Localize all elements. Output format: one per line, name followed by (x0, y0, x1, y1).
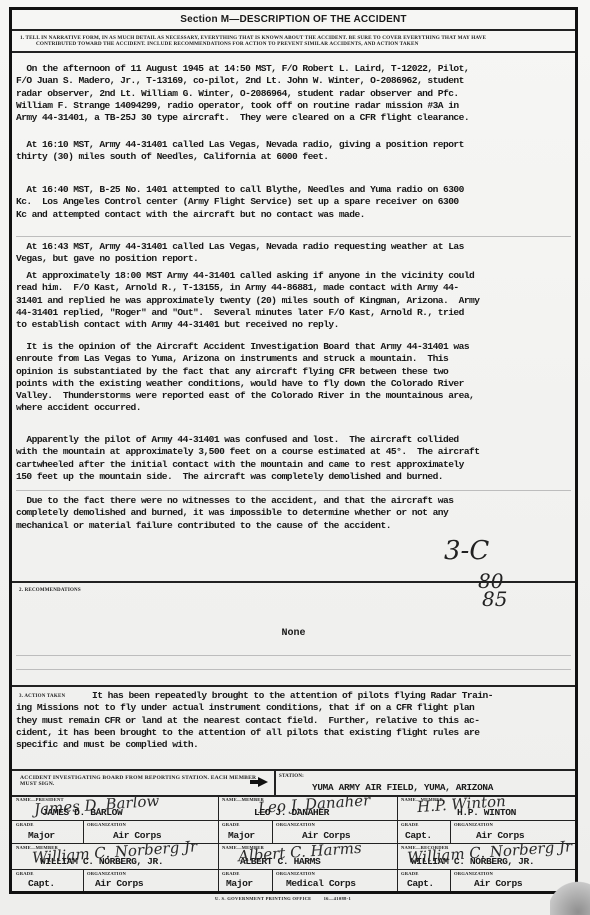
grade-cell: Grade Capt. (397, 820, 450, 843)
recommendations-text: None (12, 628, 575, 639)
member-name: ALBERT C. HARMS (240, 856, 320, 867)
form-frame: Section M—DESCRIPTION OF THE ACCIDENT 1.… (9, 7, 578, 894)
grade-value: Major (228, 830, 255, 841)
grade-cell: Grade Major (218, 869, 272, 891)
grade-value: Major (28, 830, 55, 841)
member-name-cell: Name—Recorder William C. Norberg Jr WILL… (397, 843, 575, 869)
board-header-label: Accident Investigating Board From Report… (20, 775, 260, 787)
grade-value: Major (226, 878, 253, 889)
member-name: LEO J. DANAHER (254, 807, 329, 818)
member-name-cell: Name—Member Albert C. Harms ALBERT C. HA… (218, 843, 397, 869)
recommendations-section: 2. Recommendations 85 None (12, 583, 575, 687)
section-title: Section M—DESCRIPTION OF THE ACCIDENT (12, 10, 575, 31)
handwritten-note: 3-C (444, 536, 489, 566)
printer-text: U. S. GOVERNMENT PRINTING OFFICE (215, 896, 312, 901)
member-name-cell: Name—President James D. Barlow JAMES D. … (12, 795, 218, 820)
grade-label: Grade (222, 871, 240, 876)
divider (274, 771, 276, 795)
document-page: Section M—DESCRIPTION OF THE ACCIDENT 1.… (0, 0, 590, 915)
organization-value: Air Corps (95, 878, 143, 889)
narrative-section: On the afternoon of 11 August 1945 at 14… (12, 53, 575, 583)
member-name: WILLIAM C. NORBERG, JR. (411, 856, 534, 867)
faint-rule (16, 490, 571, 491)
grade-label: Grade (401, 822, 419, 827)
instructions-line-2: Contributed Toward the Accident. Include… (20, 41, 569, 47)
narrative-paragraph: At 16:43 MST, Army 44-31401 called Las V… (16, 241, 464, 266)
organization-label: Organization (276, 822, 315, 827)
action-taken-section: 3. Action Taken It has been repeatedly b… (12, 687, 575, 771)
printer-footer: U. S. GOVERNMENT PRINTING OFFICE16—41088… (215, 896, 351, 901)
member-name: JAMES D. BARLOW (42, 807, 122, 818)
station-label: Station: (279, 774, 304, 779)
action-taken-text: It has been repeatedly brought to the at… (16, 690, 493, 751)
organization-label: Organization (454, 871, 493, 876)
grade-label: Grade (401, 871, 419, 876)
member-name-cell: Name—Member H.P. Winton H.P. WINTON (397, 795, 575, 820)
paper-stain (550, 880, 590, 915)
organization-value: Air Corps (476, 830, 524, 841)
organization-label: Organization (276, 871, 315, 876)
grade-label: Grade (222, 822, 240, 827)
grade-cell: Grade Capt. (12, 869, 83, 891)
organization-label: Organization (87, 822, 126, 827)
organization-cell: Organization Medical Corps (272, 869, 397, 891)
instructions: 1. Tell in Narrative Form, in as Much De… (12, 31, 575, 53)
narrative-paragraph: On the afternoon of 11 August 1945 at 14… (16, 63, 469, 124)
investigating-board: Accident Investigating Board From Report… (12, 771, 575, 891)
grade-value: Capt. (407, 878, 434, 889)
handwritten-note: 85 (482, 587, 507, 611)
member-name: H.P. WINTON (457, 807, 516, 818)
faint-rule (16, 236, 571, 237)
grade-label: Grade (16, 822, 34, 827)
narrative-paragraph: It is the opinion of the Aircraft Accide… (16, 341, 474, 415)
faint-rule (16, 669, 571, 670)
organization-cell: Organization Air Corps (83, 869, 218, 891)
narrative-paragraph: Apparently the pilot of Army 44-31401 wa… (16, 434, 479, 483)
organization-value: Medical Corps (286, 878, 356, 889)
grade-cell: Grade Capt. (397, 869, 450, 891)
member-name-cell: Name—Member Leo J. Danaher LEO J. DANAHE… (218, 795, 397, 820)
narrative-paragraph: At 16:40 MST, B-25 No. 1401 attempted to… (16, 184, 464, 221)
narrative-paragraph: At approximately 18:00 MST Army 44-31401… (16, 270, 479, 331)
organization-value: Air Corps (474, 878, 522, 889)
grade-label: Grade (16, 871, 34, 876)
narrative-paragraph: Due to the fact there were no witnesses … (16, 495, 453, 532)
recommendations-label: 2. Recommendations (19, 588, 81, 593)
member-name-cell: Name—Member William C. Norberg Jr WILLIA… (12, 843, 218, 869)
narrative-paragraph: At 16:10 MST, Army 44-31401 called Las V… (16, 139, 464, 164)
grade-cell: Grade Major (218, 820, 272, 843)
arrow-right-icon (258, 777, 268, 787)
organization-label: Organization (454, 822, 493, 827)
grade-value: Capt. (28, 878, 55, 889)
grade-value: Capt. (405, 830, 432, 841)
form-number: 16—41088-1 (324, 896, 352, 901)
grade-cell: Grade Major (12, 820, 83, 843)
faint-rule (16, 655, 571, 656)
organization-label: Organization (87, 871, 126, 876)
member-name: WILLIAM C. NORBERG, JR. (40, 856, 163, 867)
station-value: YUMA ARMY AIR FIELD, YUMA, ARIZONA (312, 782, 493, 793)
